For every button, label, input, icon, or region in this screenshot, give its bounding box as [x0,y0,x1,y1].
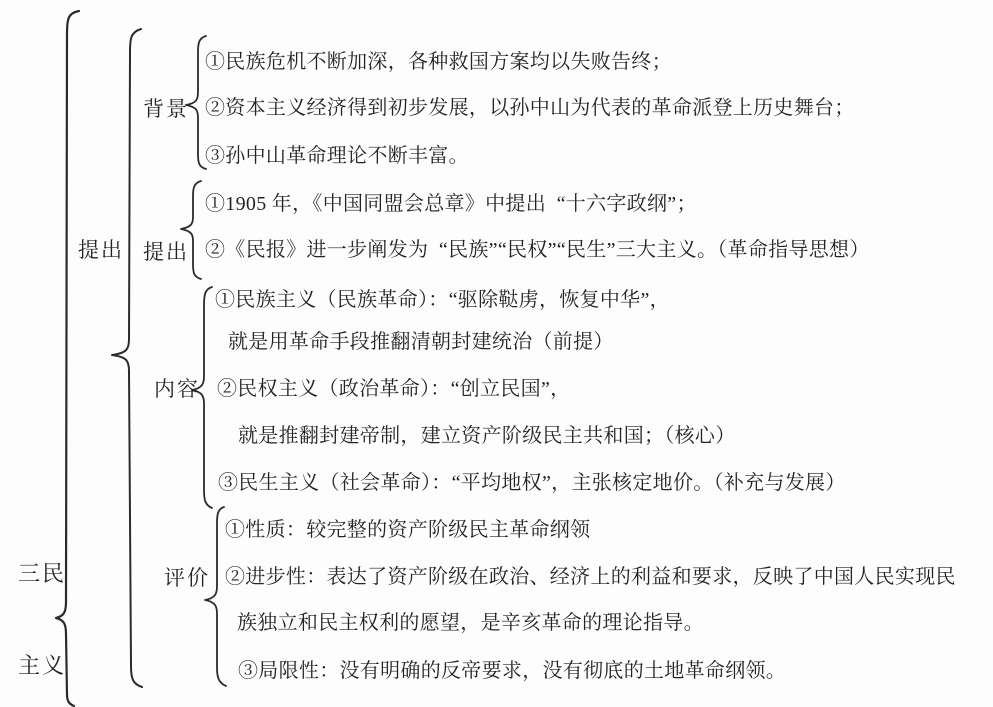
outline-item: ③局限性：没有明确的反帝要求，没有彻底的土地革命纲领。 [238,659,786,683]
section-label-background: 背景 [143,97,189,121]
outline-item: 就是用革命手段推翻清朝封建统治（前提） [228,330,614,354]
outline-item: ①性质：较完整的资产阶级民主革命纲领 [225,518,590,542]
outline-item: ①民族危机不断加深，各种救国方案均以失败告终； [205,50,672,74]
outline-item: 就是推翻封建帝制，建立资产阶级民主共和国；（核心） [238,424,736,448]
bracket-outline-diagram: 三民 主义 提出 背景 提出 内容 评价 ①民族危机不断加深，各种救国方案均以失… [0,0,993,707]
proposal-section-brace [181,181,201,279]
outline-item: ①1905 年，《中国同盟会总章》中提出 “十六字政纲”； [205,192,697,216]
outline-item: ②资本主义经济得到初步发展，以孙中山为代表的革命派登上历史舞台； [205,96,855,120]
section-label-proposal: 提出 [143,240,189,264]
outline-item: ②《民报》进一步阐发为 “民族”“民权”“民生”三大主义。（革命指导思想） [205,238,870,262]
outline-item: ②进步性：表达了资产阶级在政治、经济上的利益和要求，反映了中国人民实现民 [225,565,956,589]
branch-label: 提出 [78,238,124,262]
evaluation-section-brace [205,507,226,686]
topic-label-line2: 主义 [18,653,66,679]
outline-item: ②民权主义（政治革命）：“创立民国”， [217,377,570,401]
outline-item: ①民族主义（民族革命）：“驱除鞑虏，恢复中华”， [215,288,670,312]
outline-item: 族独立和民主权利的愿望，是辛亥革命的理论指导。 [237,611,704,635]
section-label-evaluation: 评价 [164,566,210,590]
topic-label-line1: 三民 [18,561,66,587]
branch-brace [112,29,142,687]
root-brace [56,11,79,706]
background-section-brace [186,36,206,169]
section-label-content: 内容 [154,377,200,401]
outline-item: ③孙中山革命理论不断丰富。 [205,144,469,168]
outline-item: ③民生主义（社会革命）：“平均地权”，主张核定地价。（补充与发展） [218,471,846,495]
